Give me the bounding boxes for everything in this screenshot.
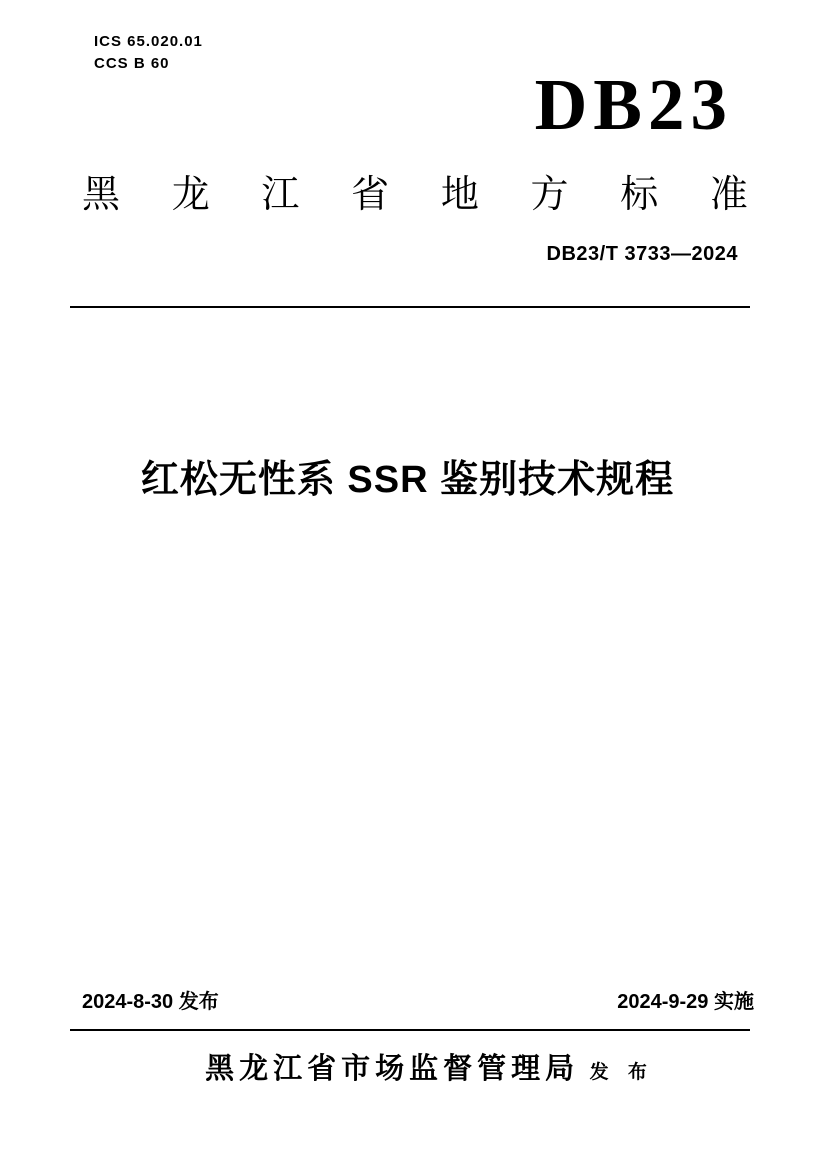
classification-codes: ICS 65.020.01 CCS B 60 <box>94 31 203 75</box>
category-char: 江 <box>261 175 299 215</box>
category-char: 龙 <box>172 175 210 215</box>
db23-logo: DB23 <box>535 68 733 141</box>
category-char: 方 <box>531 175 569 215</box>
publisher-name: 黑龙江省市场监督管理局 <box>205 1053 579 1085</box>
ics-code: ICS 65.020.01 <box>94 31 203 53</box>
category-char: 准 <box>710 175 748 215</box>
category-char: 省 <box>351 175 389 215</box>
footer-divider <box>70 1029 750 1031</box>
header-divider <box>70 306 750 308</box>
category-char: 标 <box>620 175 658 215</box>
issue-date: 2024-8-30 发布 <box>82 990 219 1014</box>
implementation-date: 2024-9-29 实施 <box>617 990 754 1014</box>
standard-number: DB23/T 3733—2024 <box>547 243 738 266</box>
ccs-code: CCS B 60 <box>94 53 203 75</box>
standard-category-title: 黑 龙 江 省 地 方 标 准 <box>82 175 748 215</box>
publish-label: 发 布 <box>590 1062 654 1083</box>
document-title: 红松无性系 SSR 鉴别技术规程 <box>0 448 815 503</box>
publisher-row: 黑龙江省市场监督管理局 发 布 <box>44 1046 815 1087</box>
category-char: 地 <box>441 175 479 215</box>
standard-cover-page: ICS 65.020.01 CCS B 60 DB23 黑 龙 江 省 地 方 … <box>0 0 815 1151</box>
category-char: 黑 <box>82 175 120 215</box>
dates-row: 2024-8-30 发布 2024-9-29 实施 <box>82 990 754 1014</box>
